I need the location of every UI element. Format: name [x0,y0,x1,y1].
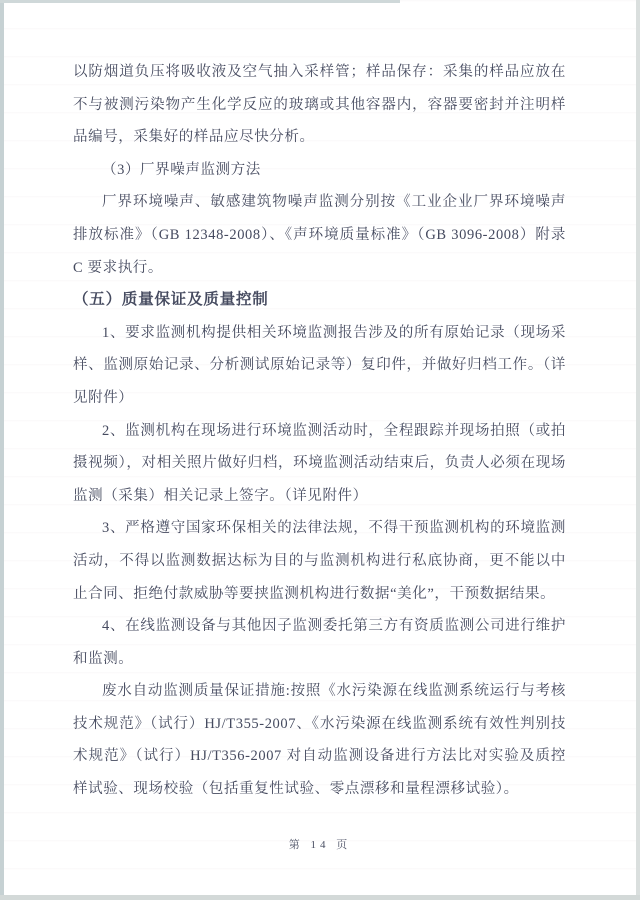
numbered-item-1: 1、要求监测机构提供相关环境监测报告涉及的所有原始记录（现场采样、监测原始记录、… [73,317,566,415]
numbered-item-4: 4、在线监测设备与其他因子监测委托第三方有资质监测公司进行维护和监测。 [73,610,566,675]
paragraph-noise-standards: 厂界环境噪声、敏感建筑物噪声监测分别按《工业企业厂界环境噪声排放标准》（GB 1… [73,186,566,284]
page-number-footer: 第 14 页 [0,836,640,852]
scan-edge-left [0,0,4,900]
sub-heading-noise-method: （3）厂界噪声监测方法 [73,154,566,187]
numbered-item-3: 3、严格遵守国家环保相关的法律法规，不得干预监测机构的环境监测活动，不得以监测数… [73,512,566,610]
scan-edge-top [0,0,400,3]
document-body: 以防烟道负压将吸收液及空气抽入采样管；样品保存：采集的样品应放在不与被测污染物产… [73,56,566,806]
scanned-document-page: 以防烟道负压将吸收液及空气抽入采样管；样品保存：采集的样品应放在不与被测污染物产… [0,0,640,900]
scan-edge-bottom [0,895,640,900]
section-heading-quality-assurance: （五）质量保证及质量控制 [73,284,566,317]
numbered-item-2: 2、监测机构在现场进行环境监测活动时，全程跟踪并现场拍照（或拍摄视频），对相关照… [73,415,566,513]
paragraph-wastewater-qa: 废水自动监测质量保证措施:按照《水污染源在线监测系统运行与考核技术规范》（试行）… [73,675,566,805]
scan-edge-right [636,0,640,900]
paragraph-continued-sampling: 以防烟道负压将吸收液及空气抽入采样管；样品保存：采集的样品应放在不与被测污染物产… [73,56,566,154]
